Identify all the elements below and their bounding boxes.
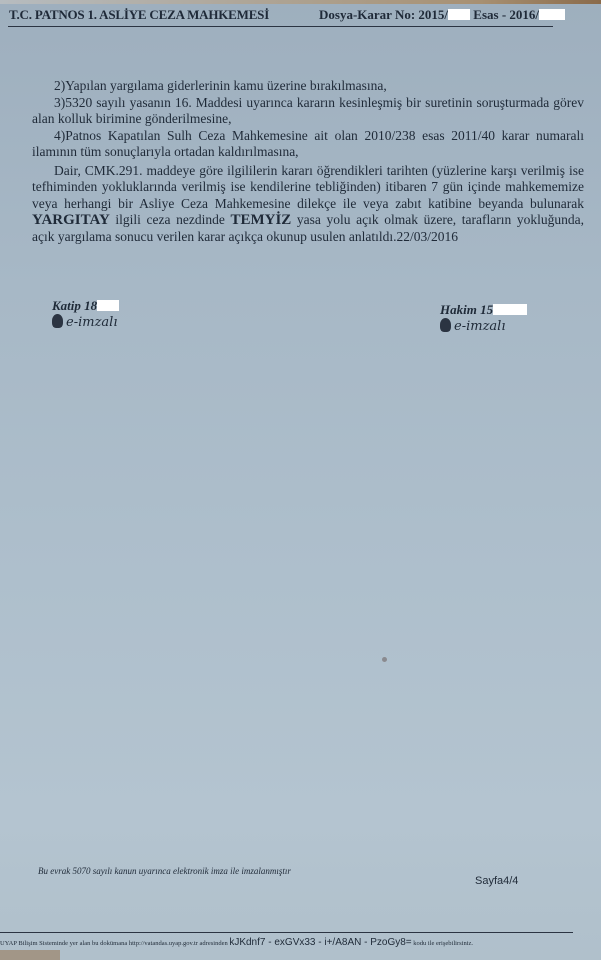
paper-top-edge (0, 0, 601, 4)
appeal-text: Dair, CMK.291. maddeye göre ilgililerin … (32, 163, 584, 211)
esas-label: Esas - 2016/ (473, 7, 539, 22)
table-surface (0, 950, 60, 960)
decision-text: 2)Yapılan yargılama giderlerinin kamu üz… (32, 78, 584, 245)
redacted-block (539, 9, 565, 20)
judge-name: Hakim 15 (440, 302, 493, 317)
paper-speck (382, 657, 387, 662)
redacted-block (97, 300, 119, 311)
uyap-footer: UYAP Bilişim Sisteminde yer alan bu dokü… (0, 937, 473, 948)
uyap-text: UYAP Bilişim Sisteminde yer alan bu dokü… (0, 940, 229, 947)
verification-code: kJKdnf7 - exGVx33 - i+/A8AN - PzoGy8= (229, 937, 411, 948)
e-signature-label: e-imzalı (454, 319, 506, 334)
court-name: T.C. PATNOS 1. ASLİYE CEZA MAHKEMESİ (9, 7, 269, 23)
redacted-block (493, 304, 527, 315)
seal-icon (440, 318, 451, 332)
seal-icon (52, 314, 63, 328)
document-header: T.C. PATNOS 1. ASLİYE CEZA MAHKEMESİ Dos… (8, 6, 553, 27)
file-number: Dosya-Karar No: 2015/ Esas - 2016/ (319, 7, 565, 23)
appeal-paragraph: Dair, CMK.291. maddeye göre ilgililerin … (32, 163, 584, 246)
judge-signature: Hakim 15 e-imzalı (440, 302, 527, 334)
item-4: 4)Patnos Kapatılan Sulh Ceza Mahkemesine… (32, 128, 584, 161)
item-2: 2)Yapılan yargılama giderlerinin kamu üz… (32, 78, 584, 95)
page-number: Sayfa4/4 (475, 875, 518, 887)
appeal-text: ilgili ceza nezdinde (110, 212, 231, 227)
e-signature-label: e-imzalı (66, 315, 118, 330)
item-3: 3)5320 sayılı yasanın 16. Maddesi uyarın… (32, 95, 584, 128)
footer-divider (0, 932, 573, 933)
uyap-text: kodu ile erişebilirsiniz. (412, 940, 473, 947)
e-signature-note: Bu evrak 5070 sayılı kanun uyarınca elek… (38, 866, 291, 876)
clerk-signature: Katip 18 e-imzalı (52, 298, 119, 330)
clerk-name: Katip 18 (52, 298, 97, 313)
file-number-label: Dosya-Karar No: 2015/ (319, 7, 448, 22)
temyiz-label: TEMYİZ (230, 212, 291, 228)
redacted-block (448, 9, 470, 20)
yargitay-label: YARGITAY (32, 212, 110, 228)
